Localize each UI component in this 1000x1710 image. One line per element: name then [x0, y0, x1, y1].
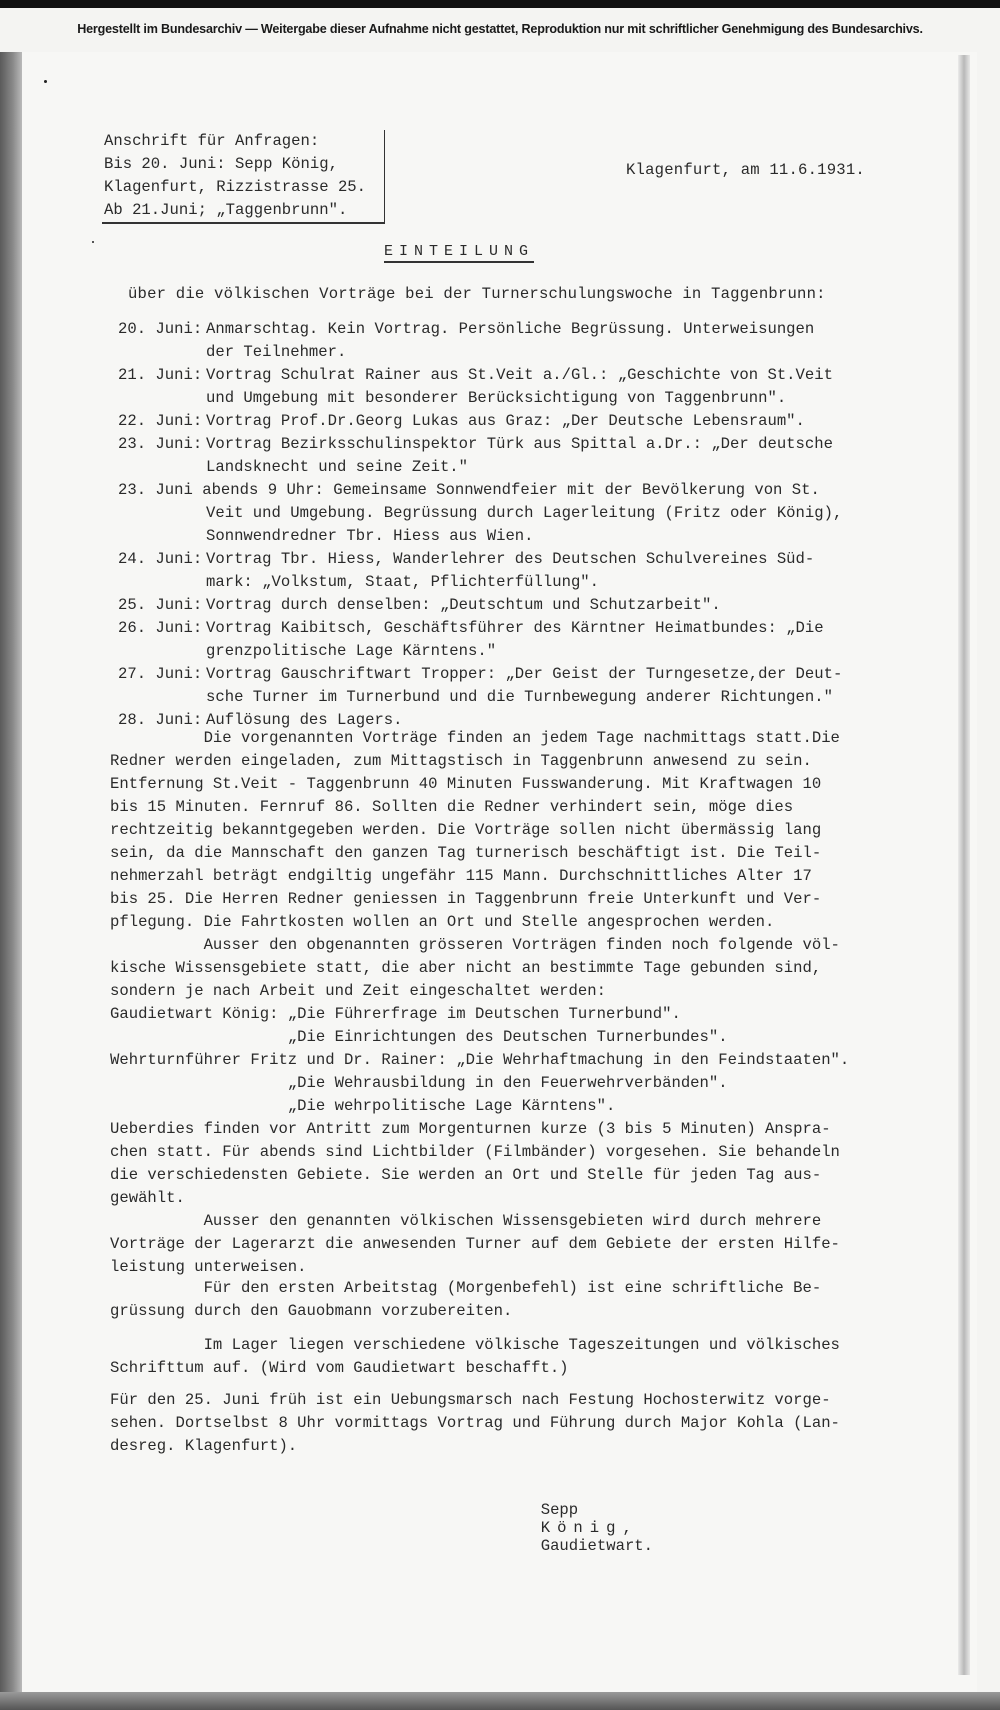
schedule-entry: 25. Juni:Vortrag durch denselben: „Deuts… — [118, 594, 842, 617]
schedule-text-continued: mark: „Volkstum, Staat, Pflichterfüllung… — [118, 571, 842, 594]
paper-speck — [44, 80, 47, 83]
text-line: gewählt. — [110, 1187, 849, 1210]
schedule-text-continued: grenzpolitische Lage Kärntens." — [118, 640, 842, 663]
body-paragraph-greeting: Für den ersten Arbeitstag (Morgenbefehl)… — [110, 1277, 821, 1323]
text-line: Redner werden eingeladen, zum Mittagstis… — [110, 750, 849, 773]
text-line: pflegung. Die Fahrtkosten wollen an Ort … — [110, 911, 849, 934]
text-line: Gaudietwart König: „Die Führerfrage im D… — [110, 1003, 849, 1026]
body-paragraph-details: Die vorgenannten Vorträge finden an jede… — [110, 727, 849, 1279]
text-line: leistung unterweisen. — [110, 1256, 849, 1279]
text-line: „Die wehrpolitische Lage Kärntens". — [110, 1095, 849, 1118]
address-block: Anschrift für Anfragen: Bis 20. Juni: Se… — [102, 130, 385, 224]
schedule-text-continued: Landsknecht und seine Zeit." — [118, 456, 842, 479]
signature-first-name: Sepp — [541, 1501, 578, 1519]
schedule-text: Vortrag Schulrat Rainer aus St.Veit a./G… — [206, 364, 833, 387]
body-paragraph-march: Für den 25. Juni früh ist ein Uebungsmar… — [110, 1389, 840, 1458]
signature-last-name: König — [541, 1519, 623, 1537]
document-title: EINTEILUNG — [384, 243, 534, 263]
schedule-entry: 26. Juni:Vortrag Kaibitsch, Geschäftsfüh… — [118, 617, 842, 640]
schedule-day: 23. Juni: — [118, 433, 206, 456]
text-line: sehen. Dortselbst 8 Uhr vormittags Vortr… — [110, 1412, 840, 1435]
schedule-day: 26. Juni: — [118, 617, 206, 640]
text-line: sondern je nach Arbeit und Zeit eingesch… — [110, 980, 849, 1003]
schedule-entry: 27. Juni:Vortrag Gauschriftwart Tropper:… — [118, 663, 842, 686]
scan-right-edge — [958, 55, 970, 1675]
text-line: Schrifttum auf. (Wird vom Gaudietwart be… — [110, 1357, 840, 1380]
place-date: Klagenfurt, am 11.6.1931. — [626, 159, 865, 182]
text-line: kische Wissensgebiete statt, die aber ni… — [110, 957, 849, 980]
lecture-schedule: 20. Juni:Anmarschtag. Kein Vortrag. Pers… — [118, 318, 842, 732]
text-line: chen statt. Für abends sind Lichtbilder … — [110, 1141, 849, 1164]
schedule-text-continued: sche Turner im Turnerbund und die Turnbe… — [118, 686, 842, 709]
schedule-text: Vortrag Gauschriftwart Tropper: „Der Gei… — [206, 663, 842, 686]
schedule-text: Vortrag Tbr. Hiess, Wanderlehrer des Deu… — [206, 548, 814, 571]
text-line: Ausser den genannten völkischen Wissensg… — [110, 1210, 849, 1233]
schedule-day: 27. Juni: — [118, 663, 206, 686]
text-line: rechtzeitig bekanntgegeben werden. Die V… — [110, 819, 849, 842]
body-paragraph-literature: Im Lager liegen verschiedene völkische T… — [110, 1334, 840, 1380]
text-line: Vorträge der Lagerarzt die anwesenden Tu… — [110, 1233, 849, 1256]
text-line: die verschiedensten Gebiete. Sie werden … — [110, 1164, 849, 1187]
text-line: bis 15 Minuten. Fernruf 86. Sollten die … — [110, 796, 849, 819]
schedule-text: Gemeinsame Sonnwendfeier mit der Bevölke… — [333, 479, 820, 502]
text-line: Die vorgenannten Vorträge finden an jede… — [110, 727, 849, 750]
schedule-entry: 23. Juni abends 9 Uhr: Gemeinsame Sonnwe… — [118, 479, 842, 502]
schedule-text-continued: und Umgebung mit besonderer Berücksichti… — [118, 387, 842, 410]
archive-notice: Hergestellt im Bundesarchiv — Weitergabe… — [0, 22, 1000, 36]
text-line: bis 25. Die Herren Redner geniessen in T… — [110, 888, 849, 911]
signature: Sepp König, Gaudietwart. — [522, 1483, 653, 1555]
schedule-text: Vortrag Bezirksschulinspektor Türk aus S… — [206, 433, 833, 456]
schedule-entry: 22. Juni:Vortrag Prof.Dr.Georg Lukas aus… — [118, 410, 842, 433]
schedule-text-continued: der Teilnehmer. — [118, 341, 842, 364]
schedule-text: Vortrag durch denselben: „Deutschtum und… — [206, 594, 721, 617]
schedule-day: 22. Juni: — [118, 410, 206, 433]
text-line: „Die Einrichtungen des Deutschen Turnerb… — [110, 1026, 849, 1049]
text-line: Ausser den obgenannten grösseren Vorträg… — [110, 934, 849, 957]
text-line: nehmerzahl beträgt endgiltig ungefähr 11… — [110, 865, 849, 888]
scan-bottom-edge — [0, 1692, 1000, 1710]
schedule-entry: 21. Juni:Vortrag Schulrat Rainer aus St.… — [118, 364, 842, 387]
schedule-text: Vortrag Kaibitsch, Geschäftsführer des K… — [206, 617, 824, 640]
text-line: Im Lager liegen verschiedene völkische T… — [110, 1334, 840, 1357]
schedule-day: 24. Juni: — [118, 548, 206, 571]
signature-separator: , — [623, 1519, 642, 1537]
schedule-day: 20. Juni: — [118, 318, 206, 341]
text-line: Für den ersten Arbeitstag (Morgenbefehl)… — [110, 1277, 821, 1300]
schedule-text-continued: Sonnwendredner Tbr. Hiess aus Wien. — [118, 525, 842, 548]
text-line: Entfernung St.Veit - Taggenbrunn 40 Minu… — [110, 773, 849, 796]
text-line: grüssung durch den Gauobmann vorzubereit… — [110, 1300, 821, 1323]
text-line: Für den 25. Juni früh ist ein Uebungsmar… — [110, 1389, 840, 1412]
text-line: Wehrturnführer Fritz und Dr. Rainer: „Di… — [110, 1049, 849, 1072]
address-line: Bis 20. Juni: Sepp König, — [104, 153, 384, 176]
address-line: Ab 21.Juni; „Taggenbrunn". — [104, 199, 384, 222]
text-line: sein, da die Mannschaft den ganzen Tag t… — [110, 842, 849, 865]
text-line: desreg. Klagenfurt). — [110, 1435, 840, 1458]
schedule-day: 23. Juni abends 9 Uhr: — [118, 479, 333, 502]
signature-role: Gaudietwart. — [541, 1537, 653, 1555]
text-line: „Die Wehrausbildung in den Feuerwehrverb… — [110, 1072, 849, 1095]
paper-speck — [92, 241, 94, 243]
scan-top-edge — [0, 0, 1000, 8]
schedule-entry: 23. Juni:Vortrag Bezirksschulinspektor T… — [118, 433, 842, 456]
address-line: Anschrift für Anfragen: — [104, 130, 384, 153]
schedule-day: 25. Juni: — [118, 594, 206, 617]
schedule-text: Vortrag Prof.Dr.Georg Lukas aus Graz: „D… — [206, 410, 805, 433]
schedule-entry: 24. Juni:Vortrag Tbr. Hiess, Wanderlehre… — [118, 548, 842, 571]
schedule-entry: 20. Juni:Anmarschtag. Kein Vortrag. Pers… — [118, 318, 842, 341]
text-line: Ueberdies finden vor Antritt zum Morgent… — [110, 1118, 849, 1141]
schedule-text: Anmarschtag. Kein Vortrag. Persönliche B… — [206, 318, 814, 341]
address-line: Klagenfurt, Rizzistrasse 25. — [104, 176, 384, 199]
document-subtitle: über die völkischen Vorträge bei der Tur… — [128, 283, 826, 306]
schedule-text-continued: Veit und Umgebung. Begrüssung durch Lage… — [118, 502, 842, 525]
schedule-day: 21. Juni: — [118, 364, 206, 387]
